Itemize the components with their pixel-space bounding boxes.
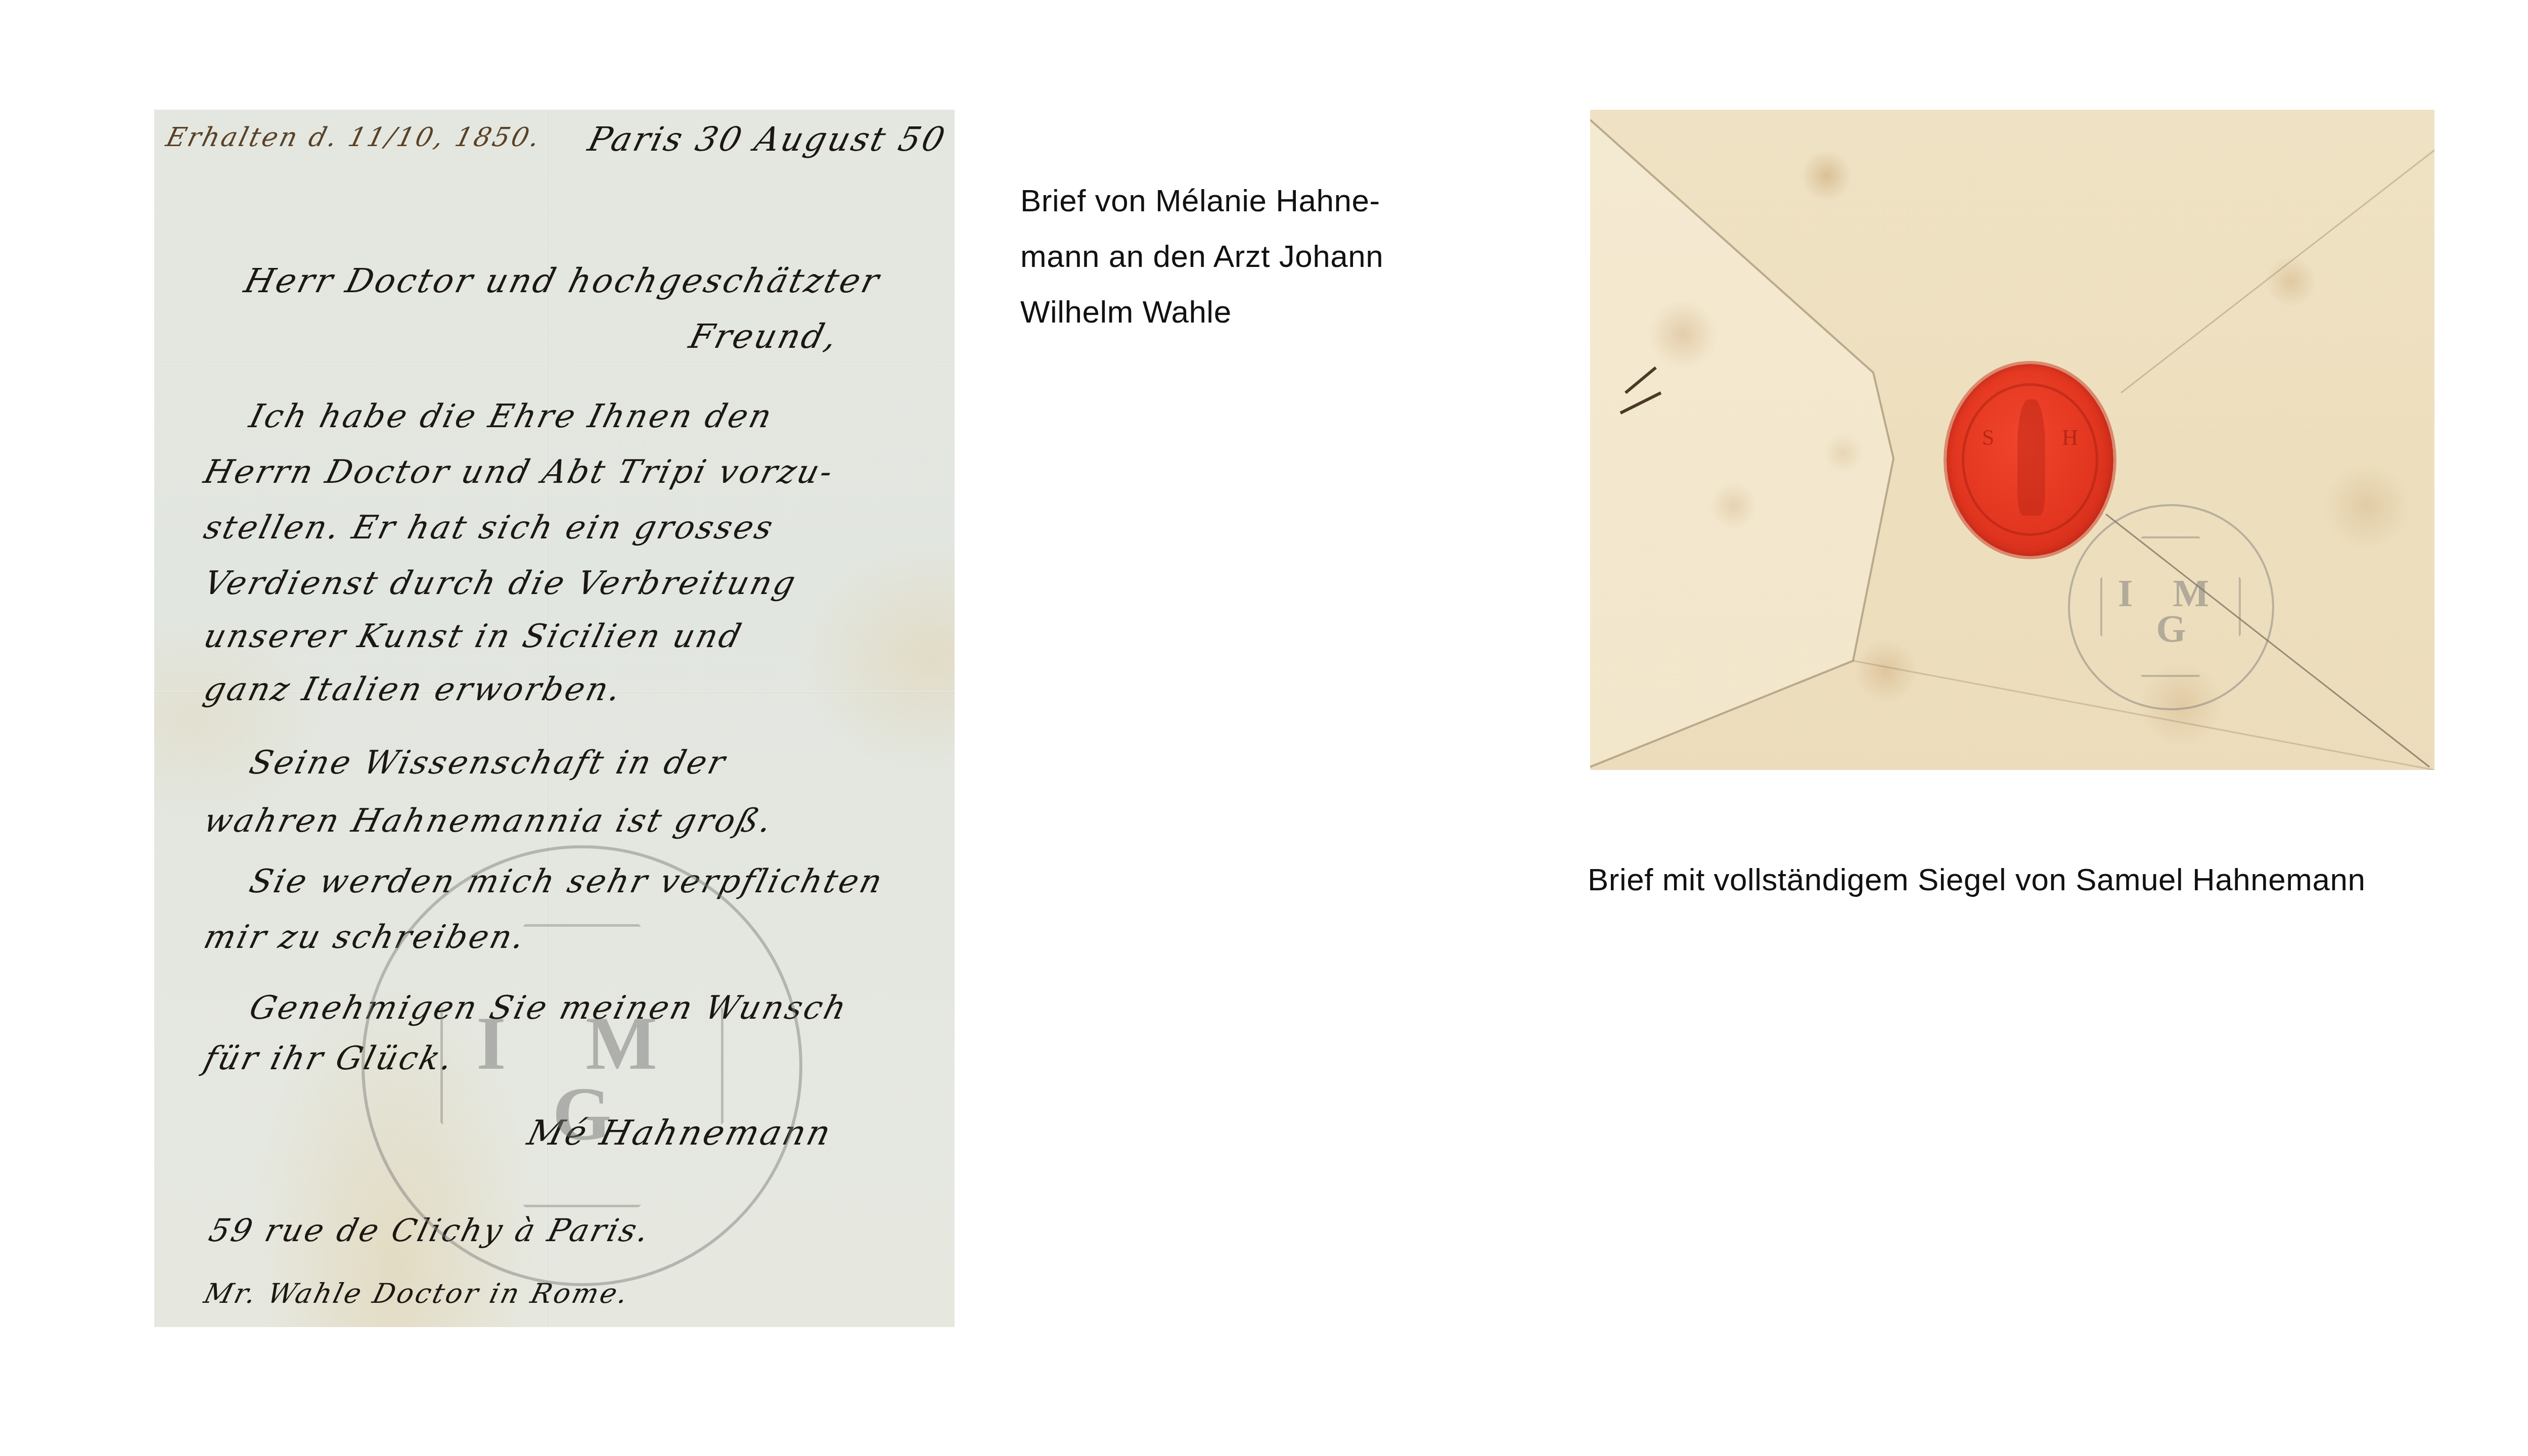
letter-image: Erhalten d. 11/10, 1850. Paris 30 August…	[154, 110, 955, 1327]
seal-initial-left: S	[1982, 425, 1994, 450]
seal-initial-right: H	[2062, 425, 2078, 450]
institute-stamp: I M G	[2068, 504, 2274, 710]
letter-caption-line: Brief von Mélanie Hahne-	[1020, 173, 1475, 229]
salutation-line: Freund,	[685, 317, 843, 356]
body-line: wahren Hahnemannia ist groß.	[200, 802, 778, 840]
body-line: Ich habe die Ehre Ihnen den	[246, 398, 777, 435]
seal-initials: S H	[1947, 425, 2113, 450]
stamp-monogram-bottom: G	[365, 1071, 799, 1158]
envelope-caption: Brief mit vollständigem Siegel von Samue…	[1588, 862, 2365, 898]
body-line: unserer Kunst in Sicilien und	[200, 618, 747, 655]
stamp-monogram-bottom: G	[2070, 607, 2272, 651]
received-note: Erhalten d. 11/10, 1850.	[163, 122, 545, 153]
place-date: Paris 30 August 50	[584, 120, 951, 159]
salutation-line: Herr Doctor und hochgeschätzter	[240, 261, 885, 300]
institute-stamp: I M G	[362, 845, 802, 1286]
letter-caption-line: Wilhelm Wahle	[1020, 285, 1475, 340]
wax-seal: S H	[1947, 364, 2113, 556]
body-line: ganz Italien erworben.	[200, 671, 626, 708]
body-line: Herrn Doctor und Abt Tripi vorzu-	[200, 453, 838, 491]
body-line: Verdienst durch die Verbreitung	[200, 565, 801, 602]
letter-caption: Brief von Mélanie Hahne- mann an den Arz…	[1020, 173, 1475, 340]
letter-caption-line: mann an den Arzt Johann	[1020, 229, 1475, 285]
body-line: stellen. Er hat sich ein grosses	[200, 509, 779, 547]
body-line: Seine Wissenschaft in der	[246, 744, 731, 782]
seal-figure-icon	[2017, 399, 2045, 516]
